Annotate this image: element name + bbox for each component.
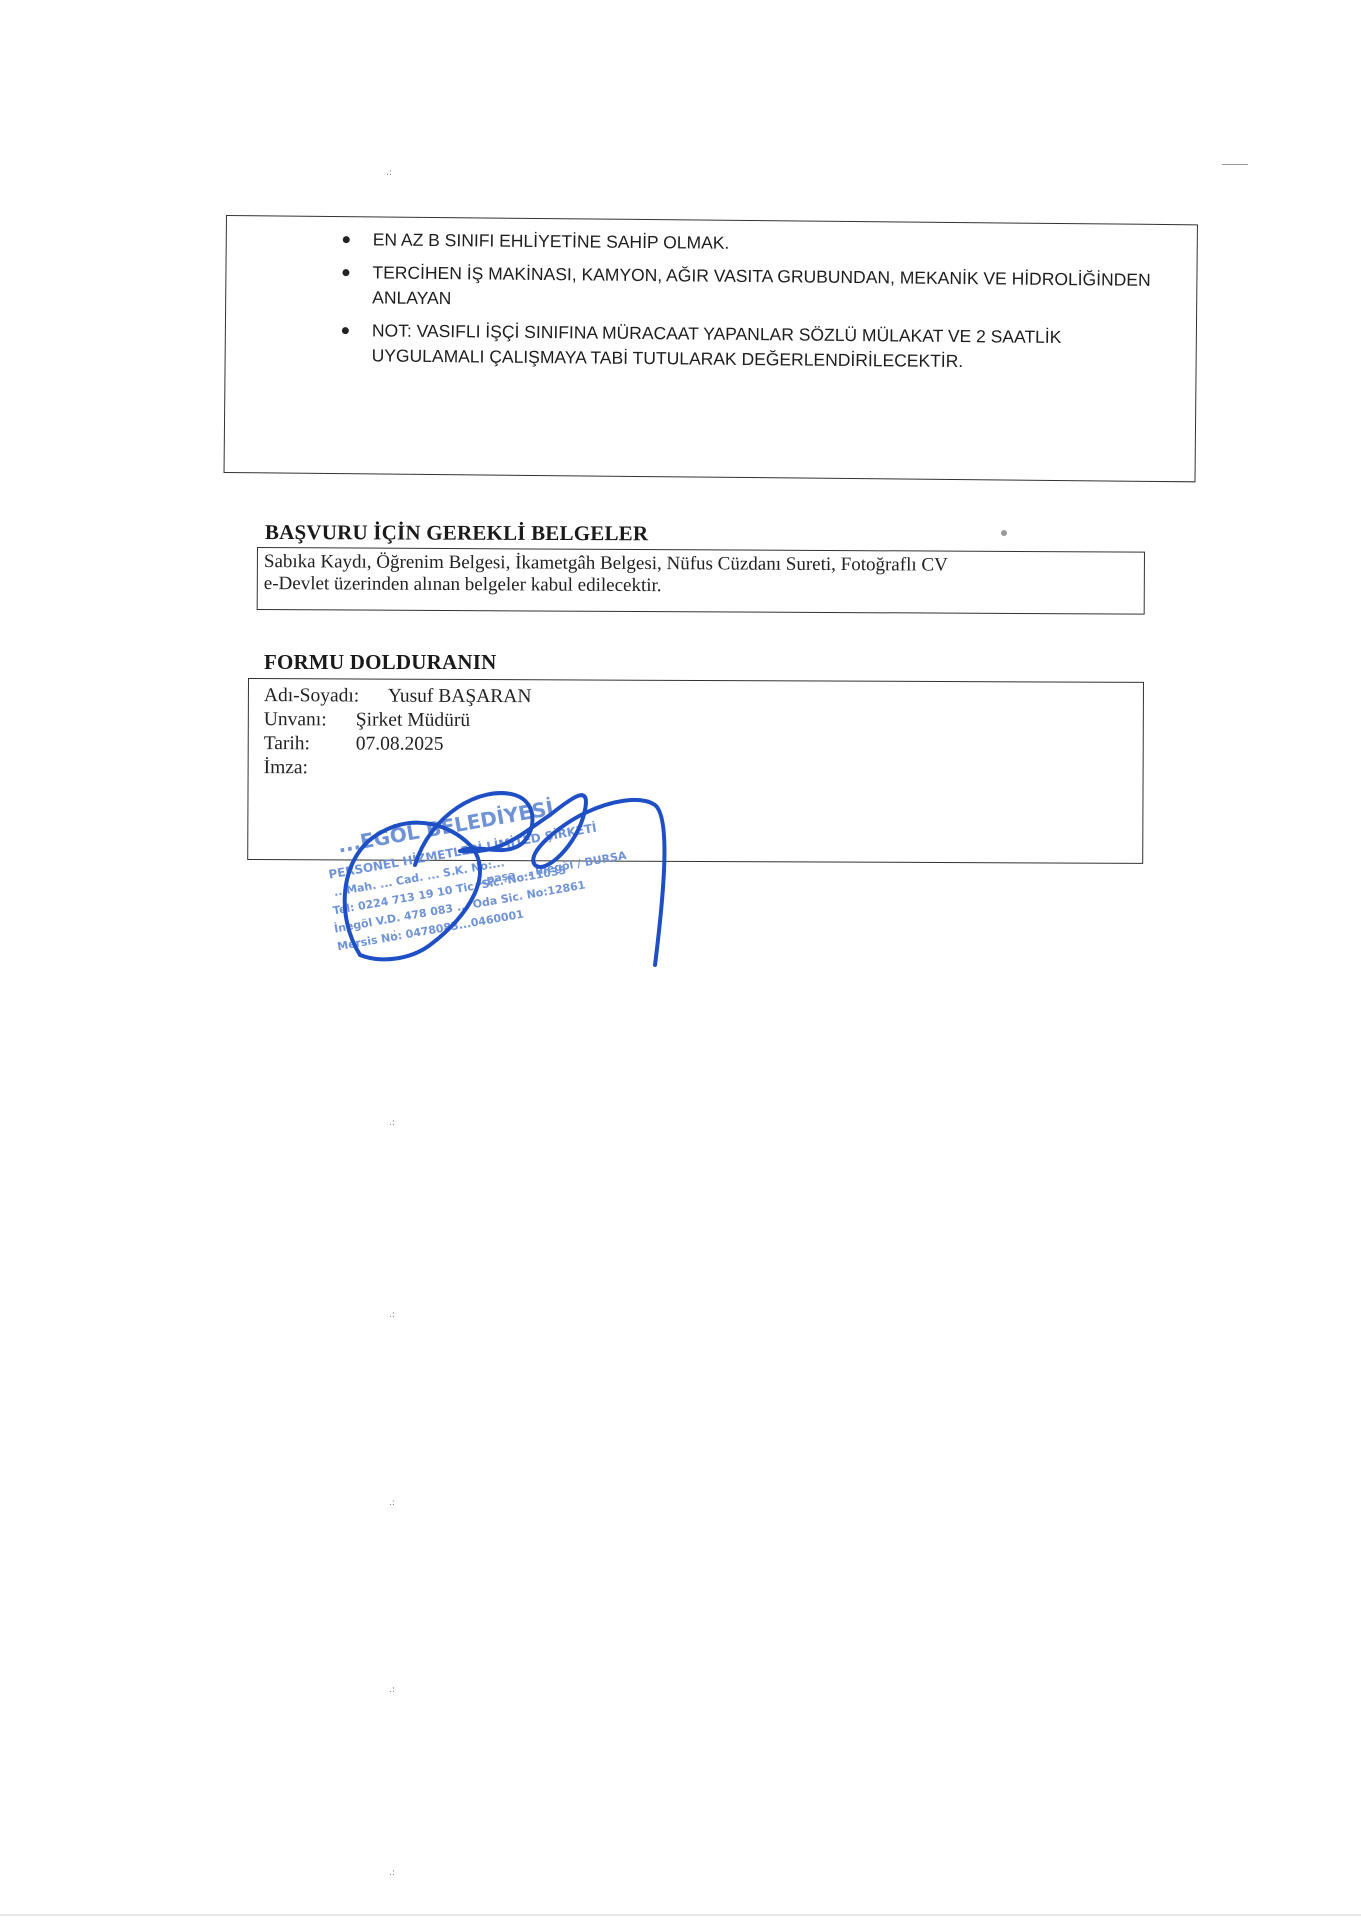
stamp-signature-graphic: ...EGÖL BELEDİYESİ PERSONEL HİZMETLERİ L… bbox=[320, 755, 700, 965]
name-row: Adı-Soyadı: Yusuf BAŞARAN bbox=[264, 684, 359, 708]
date-value: 07.08.2025 bbox=[356, 732, 444, 756]
requirement-item: EN AZ B SINIFI EHLİYETİNE SAHİP OLMAK. bbox=[343, 227, 1163, 260]
scanned-document-page: .: EN AZ B SINIFI EHLİYETİNE SAHİP OLMAK… bbox=[0, 0, 1361, 1920]
signature-label: İmza: bbox=[264, 756, 308, 780]
required-documents-title: BAŞVURU İÇİN GEREKLİ BELGELER bbox=[265, 520, 648, 546]
job-title-label: Unvanı: bbox=[264, 708, 327, 732]
requirements-box: EN AZ B SINIFI EHLİYETİNE SAHİP OLMAK. T… bbox=[224, 215, 1198, 482]
form-filler-title: FORMU DOLDURANIN bbox=[264, 650, 496, 675]
bullet-icon bbox=[342, 327, 349, 334]
scan-artifact-mark: .: bbox=[389, 1498, 395, 1508]
requirement-text: EN AZ B SINIFI EHLİYETİNE SAHİP OLMAK. bbox=[373, 229, 730, 252]
name-label: Adı-Soyadı: bbox=[264, 684, 359, 708]
company-stamp-and-signature: ...EGÖL BELEDİYESİ PERSONEL HİZMETLERİ L… bbox=[320, 755, 700, 965]
scan-artifact-dash bbox=[1222, 164, 1248, 165]
date-row: Tarih: 07.08.2025 bbox=[264, 732, 310, 756]
scan-artifact-dot bbox=[1001, 530, 1007, 536]
date-label: Tarih: bbox=[264, 732, 310, 756]
page-bottom-edge bbox=[0, 1914, 1361, 1916]
requirements-list: EN AZ B SINIFI EHLİYETİNE SAHİP OLMAK. T… bbox=[341, 227, 1162, 384]
requirement-text: NOT: VASIFLI İŞÇİ SINIFINA MÜRACAAT YAPA… bbox=[372, 320, 1062, 371]
scan-artifact-mark: .: bbox=[389, 1685, 395, 1695]
signature-row: İmza: bbox=[264, 756, 308, 780]
job-title-value: Şirket Müdürü bbox=[356, 708, 470, 732]
scan-artifact-mark: .: bbox=[389, 1118, 395, 1128]
scan-artifact-mark: .: bbox=[390, 928, 396, 938]
scan-artifact-mark: .: bbox=[386, 168, 392, 178]
scan-artifact-mark: .: bbox=[389, 1310, 395, 1320]
requirement-item: TERCİHEN İŞ MAKİNASI, KAMYON, AĞIR VASIT… bbox=[342, 260, 1162, 318]
name-value: Yusuf BAŞARAN bbox=[388, 685, 532, 710]
required-documents-note: e-Devlet üzerinden alınan belgeler kabul… bbox=[264, 573, 1144, 600]
bullet-icon bbox=[342, 269, 349, 276]
job-title-row: Unvanı: Şirket Müdürü bbox=[264, 708, 327, 732]
scan-artifact-mark: .: bbox=[389, 1868, 395, 1878]
bullet-icon bbox=[343, 236, 350, 243]
requirement-text: TERCİHEN İŞ MAKİNASI, KAMYON, AĞIR VASIT… bbox=[372, 262, 1151, 308]
required-documents-box: Sabıka Kaydı, Öğrenim Belgesi, İkametgâh… bbox=[257, 547, 1145, 615]
requirement-item: NOT: VASIFLI İŞÇİ SINIFINA MÜRACAAT YAPA… bbox=[342, 318, 1162, 376]
